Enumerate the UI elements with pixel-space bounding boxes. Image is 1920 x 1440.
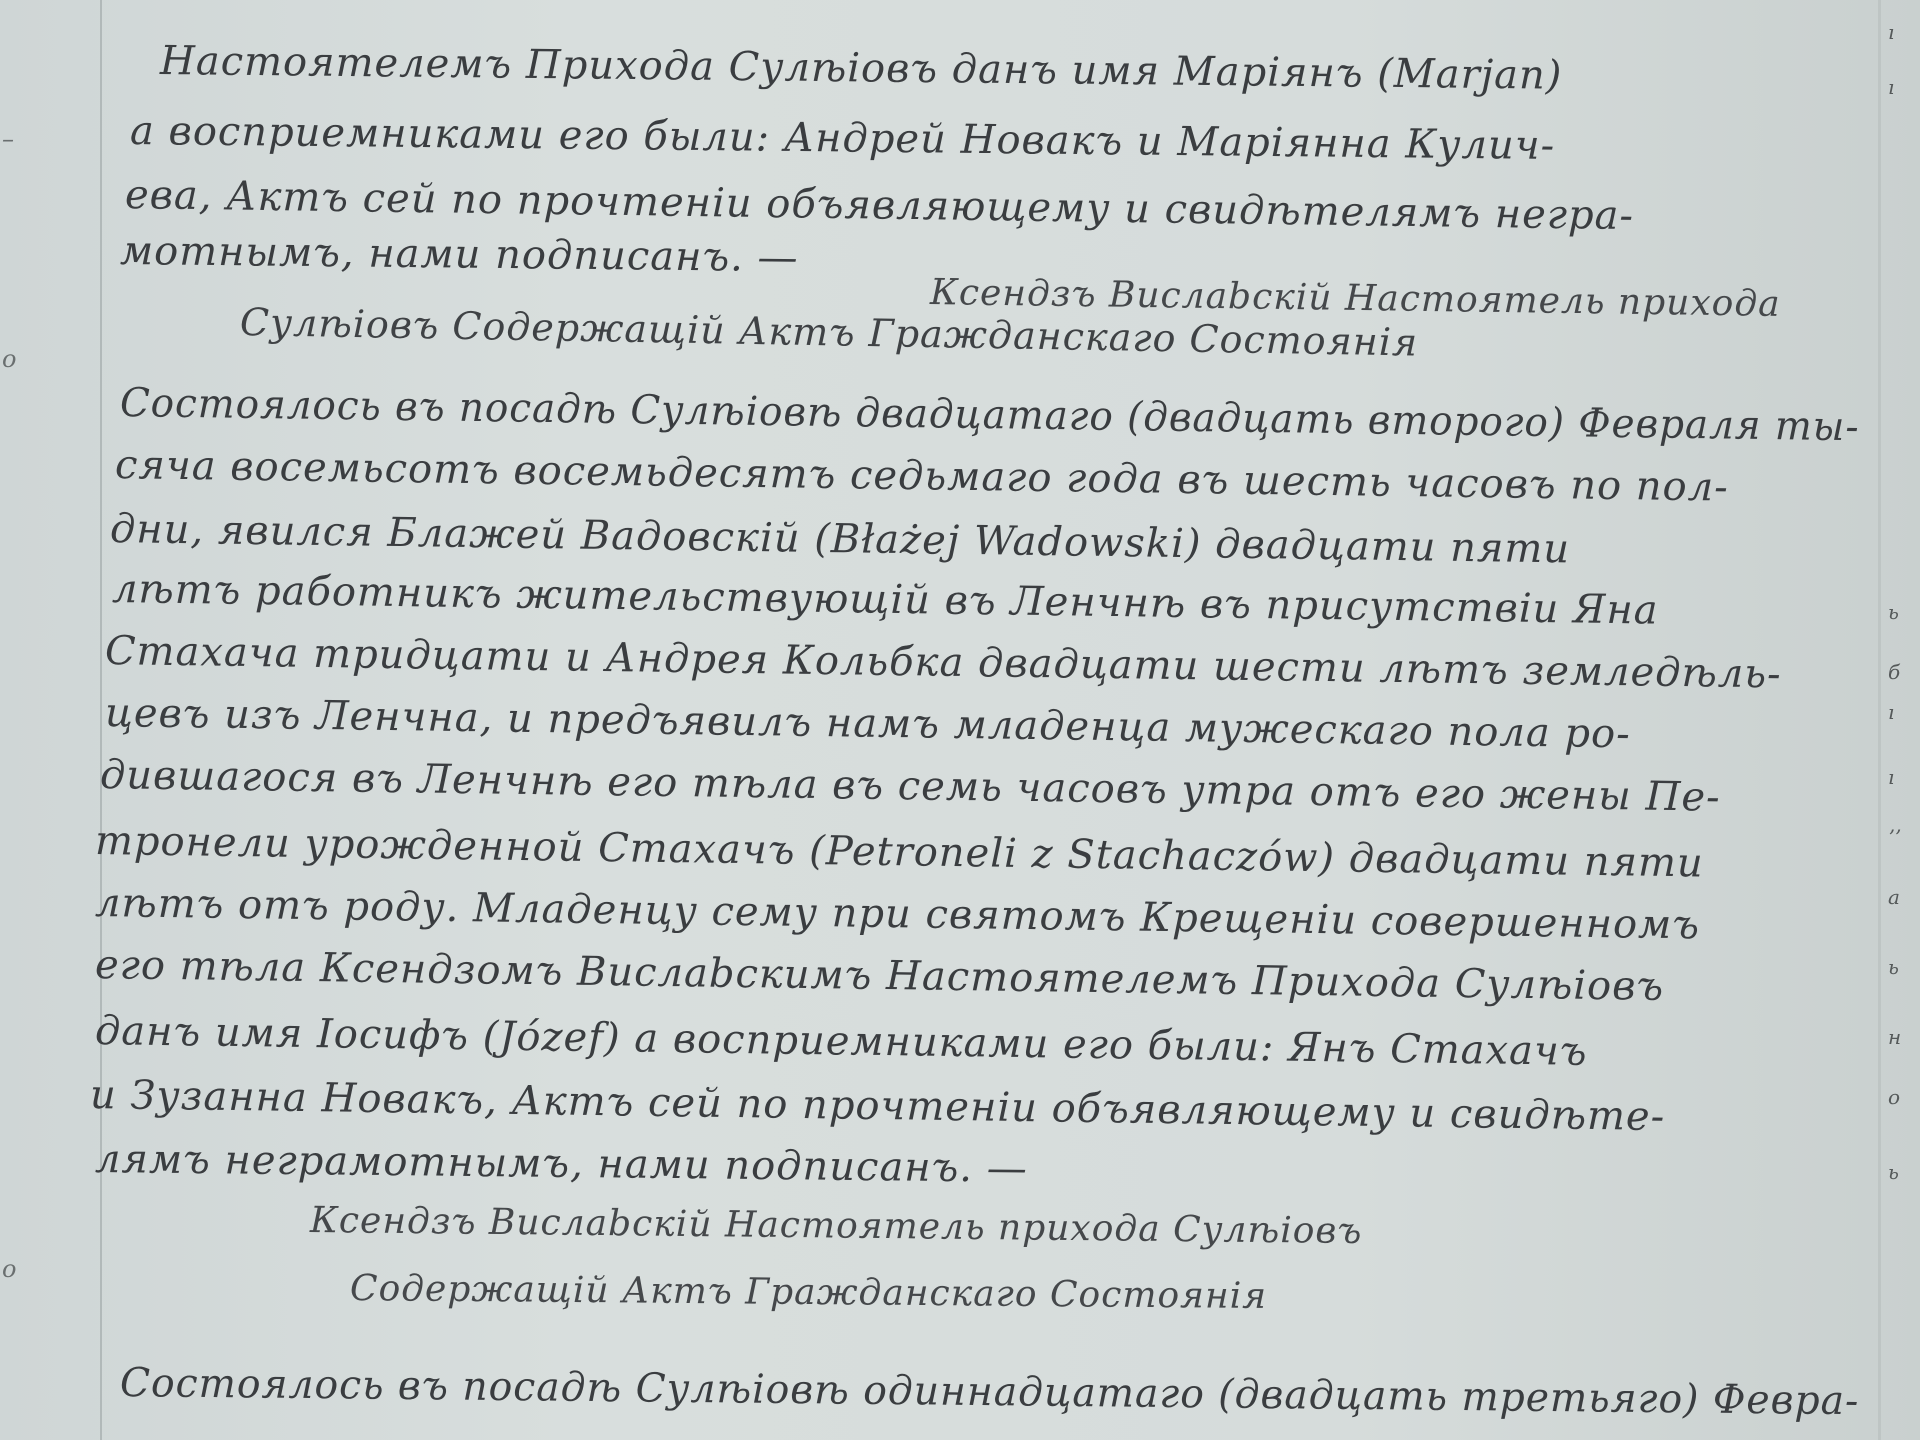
text-line: лѣтъ работникъ жительствующiй въ Ленчнѣ … xyxy=(112,566,1659,634)
text-line: лѣтъ отъ роду. Младенцу сему при святомъ… xyxy=(95,880,1701,948)
text-line: тронели урожденной Стахачъ (Petroneli z … xyxy=(95,818,1704,886)
right-margin-mark: а xyxy=(1888,885,1900,909)
right-margin-mark: б xyxy=(1888,660,1900,684)
text-line: ева, Актъ сей по прочтенiи объявляющему … xyxy=(125,172,1635,239)
page-fold-line xyxy=(1878,0,1881,1440)
left-margin-rule xyxy=(100,0,102,1440)
text-line: Состоялось въ посадѣ Сулѣiовѣ двадцатаго… xyxy=(120,380,1860,450)
right-margin-mark: ь xyxy=(1888,1160,1899,1184)
priest-signature: Ксендзъ Вислаbскiй Настоятель прихода Су… xyxy=(310,1200,1363,1252)
right-margin-mark: ʼʼ xyxy=(1888,825,1901,849)
right-margin-mark: н xyxy=(1888,1025,1901,1049)
right-margin-mark: ı xyxy=(1888,700,1894,724)
right-margin-notes: ı ı ь б ı ı ʼʼ а ь н о ь xyxy=(1888,0,1920,1440)
left-margin-mark: о xyxy=(2,1255,16,1283)
right-margin-mark: ı xyxy=(1888,20,1894,44)
left-margin-mark: о xyxy=(2,345,16,373)
right-margin-mark: о xyxy=(1888,1085,1900,1109)
left-margin-mark: – xyxy=(2,125,14,153)
text-line: а восприемниками его были: Андрей Новакъ… xyxy=(130,108,1556,169)
right-margin-mark: ı xyxy=(1888,75,1894,99)
text-line: лямъ неграмотнымъ, нами подписанъ. — xyxy=(95,1136,1028,1192)
text-line: сяча восемьсотъ восемьдесятъ седьмаго го… xyxy=(115,442,1729,511)
text-line: Состоялось въ посадѣ Сулѣiовѣ одиннадцат… xyxy=(120,1360,1860,1424)
text-line: данъ имя Iосифъ (Józef) а восприемниками… xyxy=(95,1008,1588,1075)
text-line: Стахача тридцати и Андрея Кольбка двадца… xyxy=(105,628,1782,697)
text-line: его тѣла Ксендзомъ Вислаbскимъ Настоятел… xyxy=(95,942,1665,1010)
register-page: – о о ı ı ь б ı ı ʼʼ а ь н о ь Настоятел… xyxy=(0,0,1920,1440)
text-line: дившагося въ Ленчнѣ его тѣла въ семь час… xyxy=(100,752,1721,821)
right-margin-mark: ı xyxy=(1888,765,1894,789)
text-line: Настоятелемъ Прихода Сулѣіовъ данъ имя М… xyxy=(160,38,1563,99)
text-line: мотнымъ, нами подписанъ. — xyxy=(120,228,799,281)
text-line: и Зузанна Новакъ, Актъ сей по прочтенiи … xyxy=(90,1072,1666,1140)
text-line: цевъ изъ Ленчна, и предъявилъ намъ младе… xyxy=(105,690,1631,757)
right-margin-mark: ь xyxy=(1888,955,1899,979)
entry-footer: Содержащiй Актъ Гражданскаго Состоянiя xyxy=(350,1268,1267,1317)
right-margin-mark: ь xyxy=(1888,600,1899,624)
text-line: дни, явился Блажей Вадовскiй (Błażej Wad… xyxy=(110,506,1571,572)
